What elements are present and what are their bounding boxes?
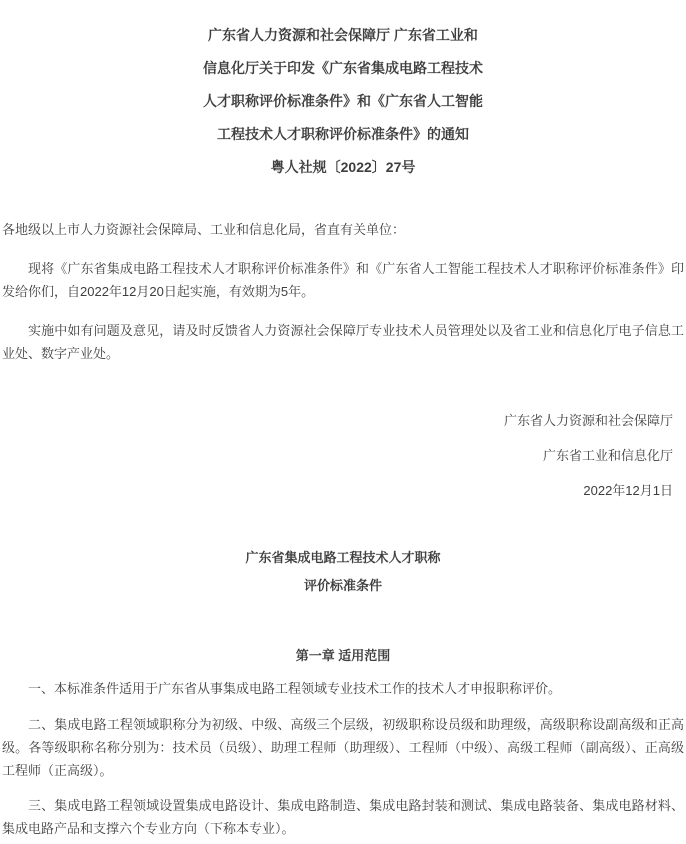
notice-body: 各地级以上市人力资源社会保障局、工业和信息化局，省直有关单位： 现将《广东省集成… — [2, 218, 684, 365]
signature-block: 广东省人力资源和社会保障厅 广东省工业和信息化厅 2022年12月1日 — [2, 409, 684, 502]
standard-item-1: 一、本标准条件适用于广东省从事集成电路工程领域专业技术工作的技术人才申报职称评价… — [2, 677, 684, 700]
chapter-1-heading: 第一章 适用范围 — [2, 644, 684, 667]
standard-title-line-2: 评价标准条件 — [2, 574, 684, 597]
notice-document-page: 广东省人力资源和社会保障厅 广东省工业和 信息化厅关于印发《广东省集成电路工程技… — [0, 0, 686, 840]
standard-item-3: 三、集成电路工程领域设置集成电路设计、集成电路制造、集成电路封装和测试、集成电路… — [2, 794, 684, 840]
doc-number: 粤人社规〔2022〕27号 — [2, 151, 684, 184]
notice-title-line-1: 广东省人力资源和社会保障厅 广东省工业和 — [2, 19, 684, 52]
notice-title-line-3: 人才职称评价标准条件》和《广东省人工智能 — [2, 85, 684, 118]
notice-header: 广东省人力资源和社会保障厅 广东省工业和 信息化厅关于印发《广东省集成电路工程技… — [2, 19, 684, 184]
standard-document: 广东省集成电路工程技术人才职称 评价标准条件 第一章 适用范围 一、本标准条件适… — [2, 546, 684, 840]
notice-paragraph-2: 实施中如有问题及意见，请及时反馈省人力资源社会保障厅专业技术人员管理处以及省工业… — [2, 319, 684, 365]
signature-date: 2022年12月1日 — [2, 479, 673, 502]
notice-title-line-2: 信息化厅关于印发《广东省集成电路工程技术 — [2, 52, 684, 85]
signature-org-1: 广东省人力资源和社会保障厅 — [2, 409, 673, 432]
standard-title-line-1: 广东省集成电路工程技术人才职称 — [2, 546, 684, 569]
notice-paragraph-1: 现将《广东省集成电路工程技术人才职称评价标准条件》和《广东省人工智能工程技术人才… — [2, 257, 684, 303]
signature-org-2: 广东省工业和信息化厅 — [2, 444, 673, 467]
standard-item-2: 二、集成电路工程领域职称分为初级、中级、高级三个层级，初级职称设员级和助理级，高… — [2, 713, 684, 782]
notice-title-line-4: 工程技术人才职称评价标准条件》的通知 — [2, 118, 684, 151]
salutation-line: 各地级以上市人力资源社会保障局、工业和信息化局，省直有关单位： — [2, 218, 684, 241]
